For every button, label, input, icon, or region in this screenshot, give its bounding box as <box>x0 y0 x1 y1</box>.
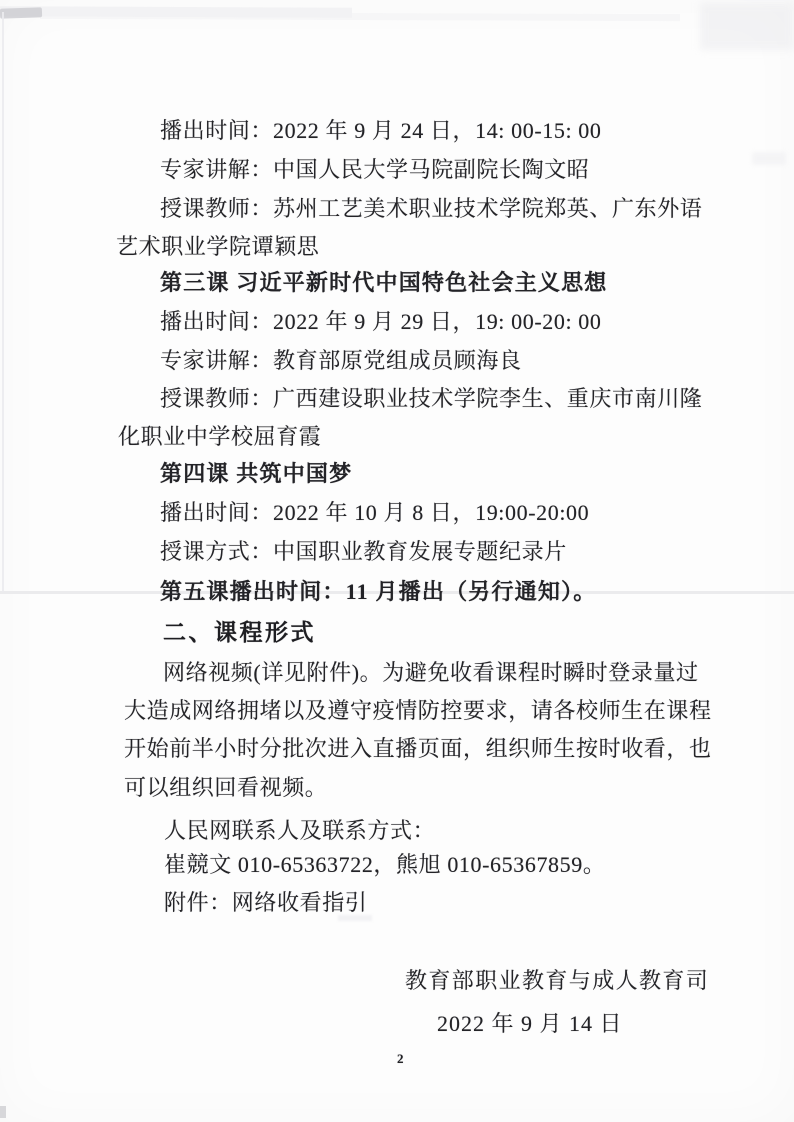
scan-artifact-right-smudge <box>752 152 786 165</box>
course-teachers-lesson3-line2: 化职业中学校屈育霞 <box>118 424 321 449</box>
contacts-numbers: 崔競文 010-65363722，熊旭 010-65367859。 <box>164 852 605 877</box>
teaching-method-lesson4: 授课方式：中国职业教育发展专题纪录片 <box>160 539 567 564</box>
course-format-paragraph-line3: 开始前半小时分批次进入直播页面，组织师生按时收看，也 <box>124 736 712 761</box>
course-format-paragraph-line2: 大造成网络拥堵以及遵守疫情防控要求，请各校师生在课程 <box>124 698 712 723</box>
scan-artifact-attachment-smudge <box>338 915 372 921</box>
course-teachers-lesson3-line1: 授课教师：广西建设职业技术学院李生、重庆市南川隆 <box>160 386 702 411</box>
course-teachers-lesson2-line1: 授课教师：苏州工艺美术职业技术学院郑英、广东外语 <box>160 196 702 221</box>
signature-date: 2022 年 9 月 14 日 <box>437 1011 623 1036</box>
broadcast-time-lesson2: 播出时间：2022 年 9 月 24 日，14: 00-15: 00 <box>160 118 601 143</box>
scan-artifact-top-right-smudge <box>700 2 794 50</box>
page-number: 2 <box>397 1052 404 1067</box>
lesson3-title: 第三课 习近平新时代中国特色社会主义思想 <box>160 270 608 295</box>
contacts-intro: 人民网联系人及联系方式： <box>164 818 435 843</box>
scan-artifact-bottom-left-mark <box>0 1106 6 1118</box>
section2-heading: 二、课程形式 <box>163 619 316 645</box>
scan-artifact-top-band <box>0 6 352 18</box>
attachment-note: 附件：网络收看指引 <box>164 890 367 915</box>
expert-lecturer-lesson3: 专家讲解：教育部原党组成员顾海良 <box>160 348 522 373</box>
broadcast-time-lesson3: 播出时间：2022 年 9 月 29 日，19: 00-20: 00 <box>160 309 601 334</box>
lesson4-title: 第四课 共筑中国梦 <box>160 461 352 486</box>
lesson5-broadcast-time: 第五课播出时间：11 月播出（另行通知）。 <box>160 579 597 604</box>
scan-artifact-left-edge-line <box>2 12 4 592</box>
scan-artifact-top-band-light <box>40 12 680 21</box>
course-format-paragraph-line4: 可以组织回看视频。 <box>124 775 327 800</box>
course-format-paragraph-line1: 网络视频(详见附件)。为避免收看课程时瞬时登录量过 <box>163 660 699 685</box>
expert-lecturer-lesson2: 专家讲解：中国人民大学马院副院长陶文昭 <box>160 157 589 182</box>
course-teachers-lesson2-line2: 艺术职业学院谭颖思 <box>116 234 319 259</box>
scanned-document-page: 播出时间：2022 年 9 月 24 日，14: 00-15: 00 专家讲解：… <box>0 0 794 1122</box>
scan-artifact-top-left-mark <box>0 7 42 18</box>
signature-issuer: 教育部职业教育与成人教育司 <box>405 968 709 993</box>
broadcast-time-lesson4: 播出时间：2022 年 10 月 8 日，19:00-20:00 <box>160 500 589 525</box>
